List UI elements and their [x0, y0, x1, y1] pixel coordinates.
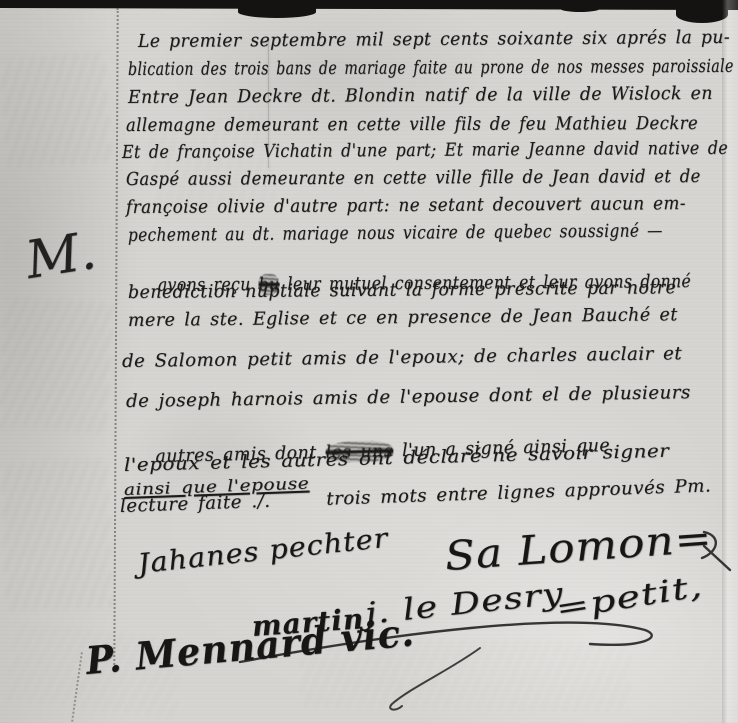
manuscript-line: mere la ste. Eglise et ce en presence de… — [128, 305, 678, 331]
signature-salomon-line1: Sa Lomon= — [443, 515, 713, 580]
manuscript-line: Le premier septembre mil sept cents soix… — [138, 28, 730, 53]
page-top-edge-bump — [560, 5, 600, 12]
manuscript-line: françoise olivie d'autre part: ne setant… — [126, 194, 686, 219]
bleedthrough-smudge — [1, 458, 112, 612]
manuscript-line: Entre Jean Deckre dt. Blondin natif de l… — [128, 84, 713, 109]
bleedthrough-smudge — [0, 297, 113, 432]
manuscript-line: Gaspé aussi demeurante en cette ville fi… — [126, 167, 701, 191]
page-top-edge — [0, 0, 738, 10]
signature-jahanes-pechter: Jahanes pechter — [136, 523, 390, 580]
manuscript-line: allemagne demeurant en cette ville fils … — [126, 114, 698, 137]
margin-note: M. — [22, 221, 100, 291]
manuscript-line: pechement au dt. mariage nous vicaire de… — [128, 221, 663, 246]
page-top-edge-bump — [238, 6, 316, 18]
manuscript-scan-page: M. Le premier septembre mil sept cents s… — [0, 0, 738, 723]
page-top-edge-bump — [676, 6, 728, 23]
paraph-flourish — [694, 528, 736, 576]
manuscript-line: de Salomon petit amis de l'epoux; de cha… — [122, 344, 682, 373]
binding-stitch-line — [113, 8, 118, 668]
signature-flourish — [150, 600, 670, 720]
manuscript-line: blication des trois bans de mariage fait… — [128, 57, 734, 81]
right-page-edge — [722, 0, 738, 723]
manuscript-line: Et de françoise Vichatin d'une part; Et … — [122, 139, 728, 164]
bleedthrough-smudge — [0, 52, 111, 169]
manuscript-line: de joseph harnois amis de l'epouse dont … — [126, 383, 691, 413]
